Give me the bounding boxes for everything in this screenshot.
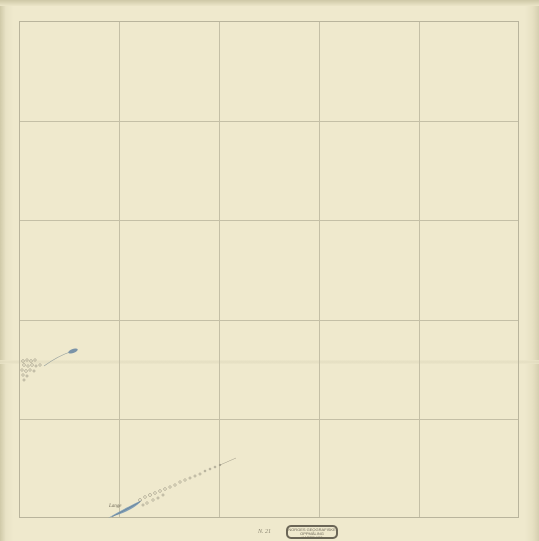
rocky-islet-cluster-west bbox=[21, 359, 41, 381]
rocky-ridge-southwest bbox=[139, 458, 236, 506]
stamp-line-2: KARTE 158 bbox=[288, 536, 336, 540]
place-label: Lange bbox=[109, 504, 122, 509]
map-sheet: Lange N. 21 NORGES GEOGRAFISKE OPPMÅLING… bbox=[0, 0, 539, 541]
small-water-body-west bbox=[44, 347, 78, 366]
map-features bbox=[0, 0, 539, 541]
water-inlet-southwest bbox=[108, 500, 142, 518]
archive-stamp: NORGES GEOGRAFISKE OPPMÅLING KARTE 158 bbox=[286, 525, 338, 539]
sheet-number: N. 21 bbox=[258, 529, 271, 535]
